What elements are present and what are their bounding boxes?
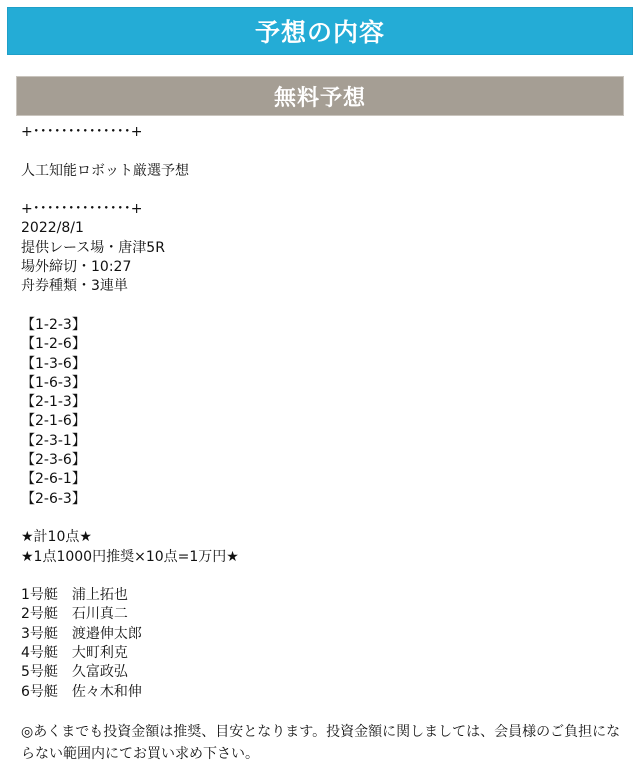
spacer (21, 181, 621, 200)
racer-item: 2号艇 石川真二 (21, 605, 621, 624)
combination-item: 【2-6-1】 (21, 470, 621, 489)
spacer (21, 702, 621, 721)
combination-list: 【1-2-3】 【1-2-6】 【1-3-6】 【1-6-3】 【2-1-3】 … (21, 316, 621, 509)
total-points: ★計10点★ (21, 528, 621, 547)
combination-item: 【2-1-3】 (21, 393, 621, 412)
racer-list: 1号艇 浦上拓也 2号艇 石川真二 3号艇 渡邉伸太郎 4号艇 大町利克 5号艇… (21, 586, 621, 702)
bet-type: 舟券種類・3連単 (21, 277, 621, 296)
spacer (21, 297, 621, 316)
page-title-banner: 予想の内容 (7, 7, 633, 55)
combination-item: 【2-1-6】 (21, 412, 621, 431)
racer-item: 1号艇 浦上拓也 (21, 586, 621, 605)
racer-item: 6号艇 佐々木和伸 (21, 683, 621, 702)
race-venue: 提供レース場・唐津5R (21, 239, 621, 258)
page-title: 予想の内容 (255, 13, 385, 49)
spacer (21, 567, 621, 586)
section-title: 無料予想 (274, 81, 366, 112)
combination-item: 【1-6-3】 (21, 374, 621, 393)
combination-item: 【1-2-6】 (21, 335, 621, 354)
racer-item: 3号艇 渡邉伸太郎 (21, 625, 621, 644)
disclaimer-text: ◎あくまでも投資金額は推奨、目安となります。投資金額に関しましては、会員様のご負… (21, 721, 621, 765)
race-date: 2022/8/1 (21, 219, 621, 238)
section-title-banner: 無料予想 (16, 76, 624, 116)
separator-top: +･･････････････+ (21, 123, 621, 142)
combination-item: 【2-6-3】 (21, 490, 621, 509)
combination-item: 【2-3-1】 (21, 432, 621, 451)
separator-bottom: +･･････････････+ (21, 200, 621, 219)
racer-item: 4号艇 大町利克 (21, 644, 621, 663)
combination-item: 【2-3-6】 (21, 451, 621, 470)
racer-item: 5号艇 久富政弘 (21, 663, 621, 682)
plan-name: 人工知能ロボット厳選予想 (21, 162, 621, 181)
bet-recommendation: ★1点1000円推奨×10点=1万円★ (21, 548, 621, 567)
spacer (21, 142, 621, 161)
combination-item: 【1-3-6】 (21, 355, 621, 374)
spacer (21, 509, 621, 528)
prediction-content: +･･････････････+ 人工知能ロボット厳選予想 +･････････… (21, 123, 621, 765)
combination-item: 【1-2-3】 (21, 316, 621, 335)
race-deadline: 場外締切・10:27 (21, 258, 621, 277)
